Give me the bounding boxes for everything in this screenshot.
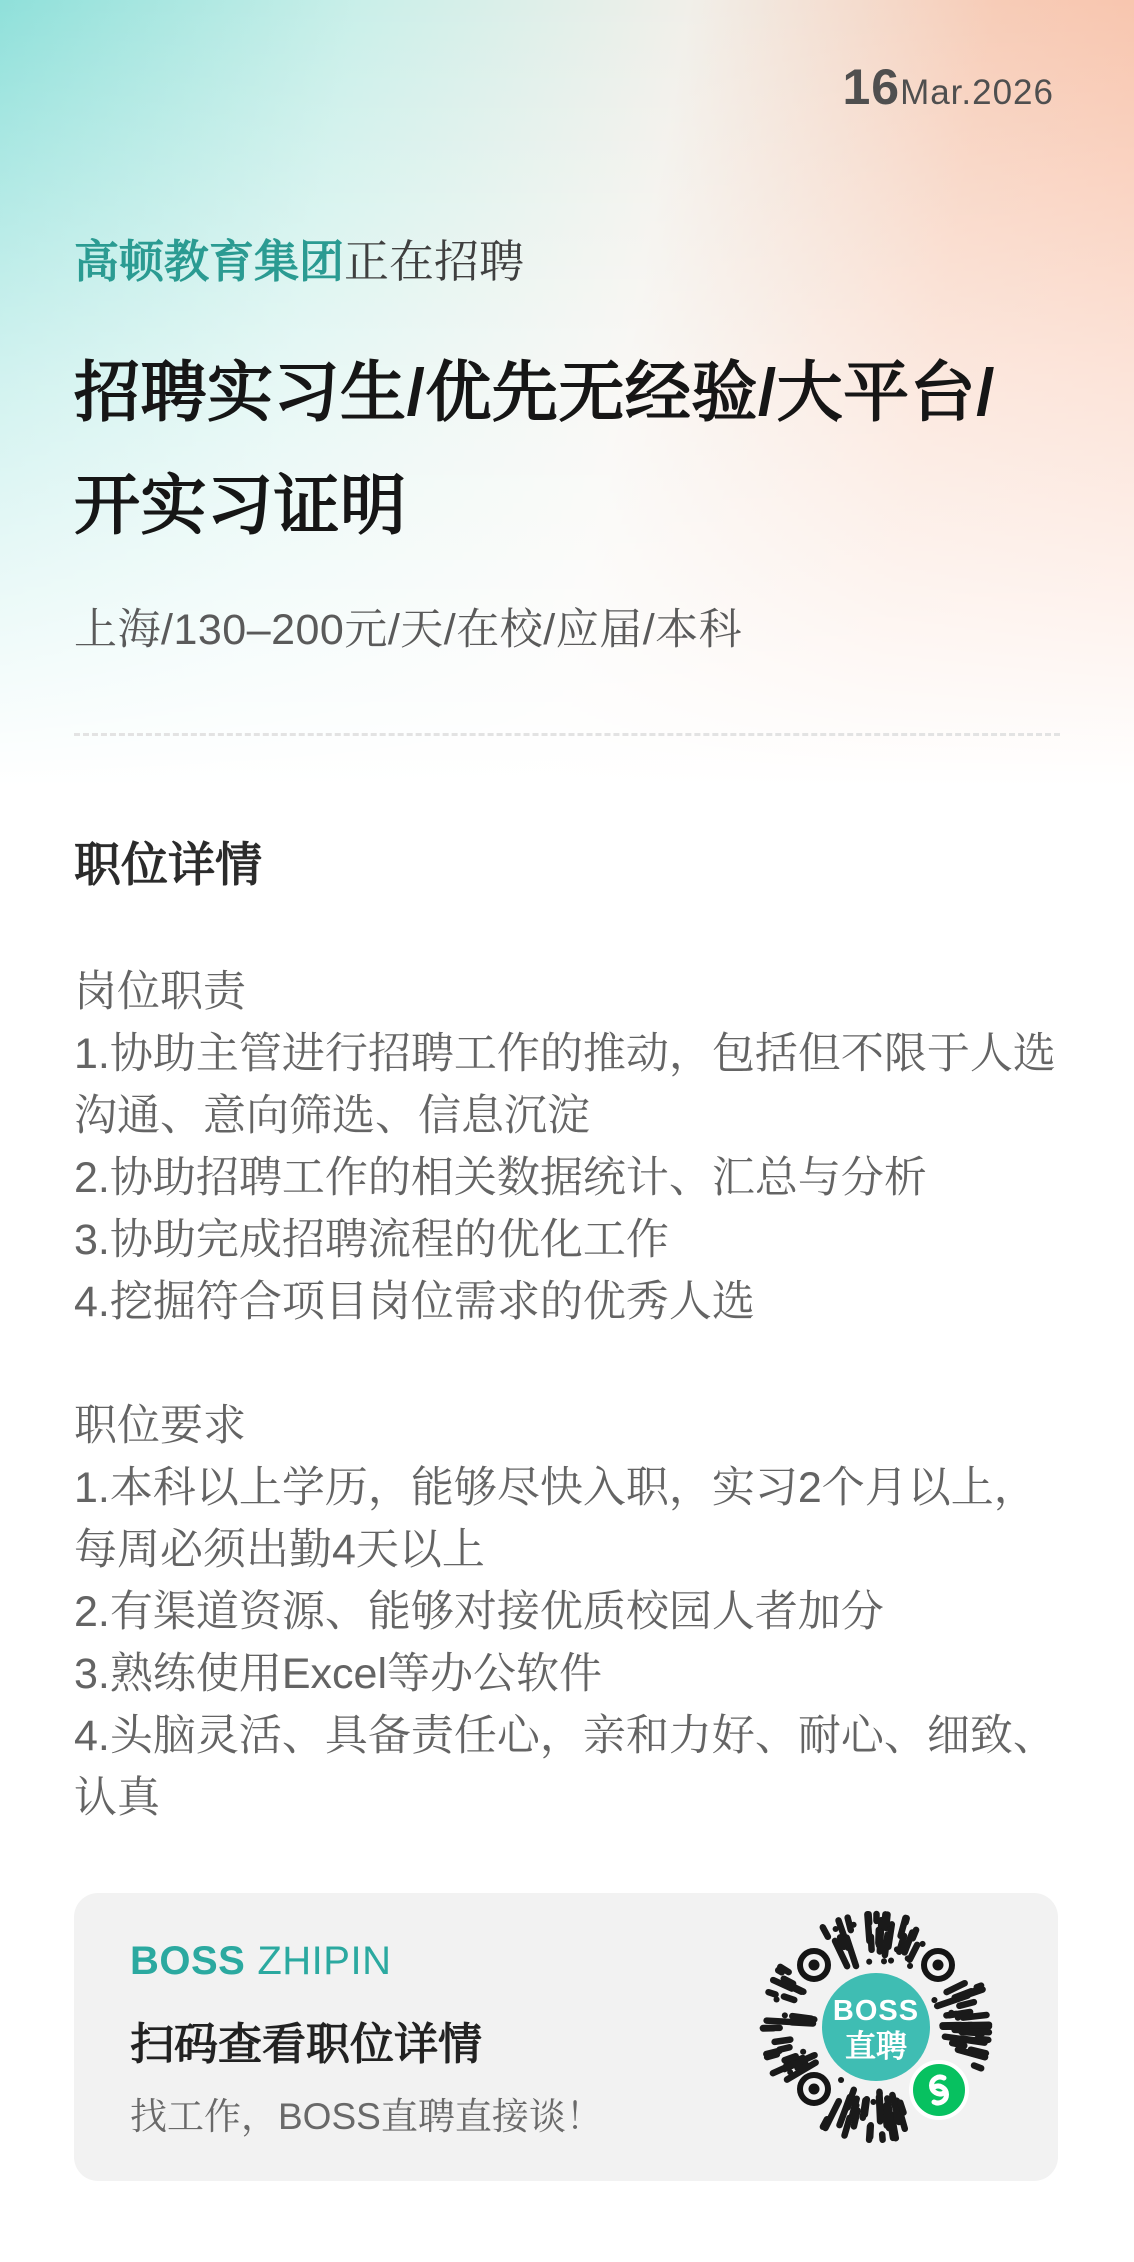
requirement-item: 1.本科以上学历，能够尽快入职，实习2个月以上，每周必须出勤4天以上 xyxy=(74,1457,1060,1581)
duties-section: 岗位职责 1.协助主管进行招聘工作的推动，包括但不限于人选沟通、意向筛选、信息沉… xyxy=(74,961,1060,1333)
qr-center-line2: 直聘 xyxy=(845,2029,907,2064)
details-heading: 职位详情 xyxy=(74,828,1060,895)
duties-title: 岗位职责 xyxy=(74,961,1060,1023)
qr-center-badge xyxy=(822,1973,930,2081)
qr-eye-bottom-left xyxy=(800,2075,828,2103)
qr-eye-top-right xyxy=(924,1951,952,1979)
footer-card: BOSSZHIPIN 扫码查看职位详情 找工作，BOSS直聘直接谈！ xyxy=(74,1893,1058,2181)
post-date-monthyear: Mar.2026 xyxy=(900,73,1054,113)
job-meta: 上海/130–200元/天/在校/应届/本科 xyxy=(74,596,1060,657)
duty-item: 1.协助主管进行招聘工作的推动，包括但不限于人选沟通、意向筛选、信息沉淀 xyxy=(74,1023,1060,1147)
boss-logo-text: BOSS xyxy=(130,1939,245,1983)
post-date: 16Mar.2026 xyxy=(842,58,1054,116)
post-date-day: 16 xyxy=(842,58,900,116)
requirements-title: 职位要求 xyxy=(74,1395,1060,1457)
job-share-poster: 16Mar.2026 高顿教育集团正在招聘 招聘实习生/优先无经验/大平台/开实… xyxy=(0,0,1134,2262)
duty-item: 4.挖掘符合项目岗位需求的优秀人选 xyxy=(74,1271,1060,1333)
qr-code: BOSS 直聘 xyxy=(756,1907,996,2147)
job-title: 招聘实习生/优先无经验/大平台/开实习证明 xyxy=(74,336,1060,562)
job-description: 岗位职责 1.协助主管进行招聘工作的推动，包括但不限于人选沟通、意向筛选、信息沉… xyxy=(74,961,1060,1829)
requirement-item: 4.头脑灵活、具备责任心，亲和力好、耐心、细致、认真 xyxy=(74,1705,1060,1829)
duty-item: 3.协助完成招聘流程的优化工作 xyxy=(74,1209,1060,1271)
requirement-item: 2.有渠道资源、能够对接优质校园人者加分 xyxy=(74,1581,1060,1643)
hiring-line: 高顿教育集团正在招聘 xyxy=(74,0,1060,290)
duty-item: 2.协助招聘工作的相关数据统计、汇总与分析 xyxy=(74,1147,1060,1209)
qr-center-line1: BOSS xyxy=(833,1995,919,2027)
requirement-item: 3.熟练使用Excel等办公软件 xyxy=(74,1643,1060,1705)
company-name: 高顿教育集团 xyxy=(74,236,344,287)
hiring-suffix: 正在招聘 xyxy=(344,236,524,287)
dashed-divider xyxy=(74,733,1060,736)
qr-eye-top-left xyxy=(800,1951,828,1979)
zhipin-logo-text: ZHIPIN xyxy=(257,1939,391,1983)
miniprogram-icon xyxy=(911,2062,967,2118)
requirements-section: 职位要求 1.本科以上学历，能够尽快入职，实习2个月以上，每周必须出勤4天以上 … xyxy=(74,1395,1060,1829)
